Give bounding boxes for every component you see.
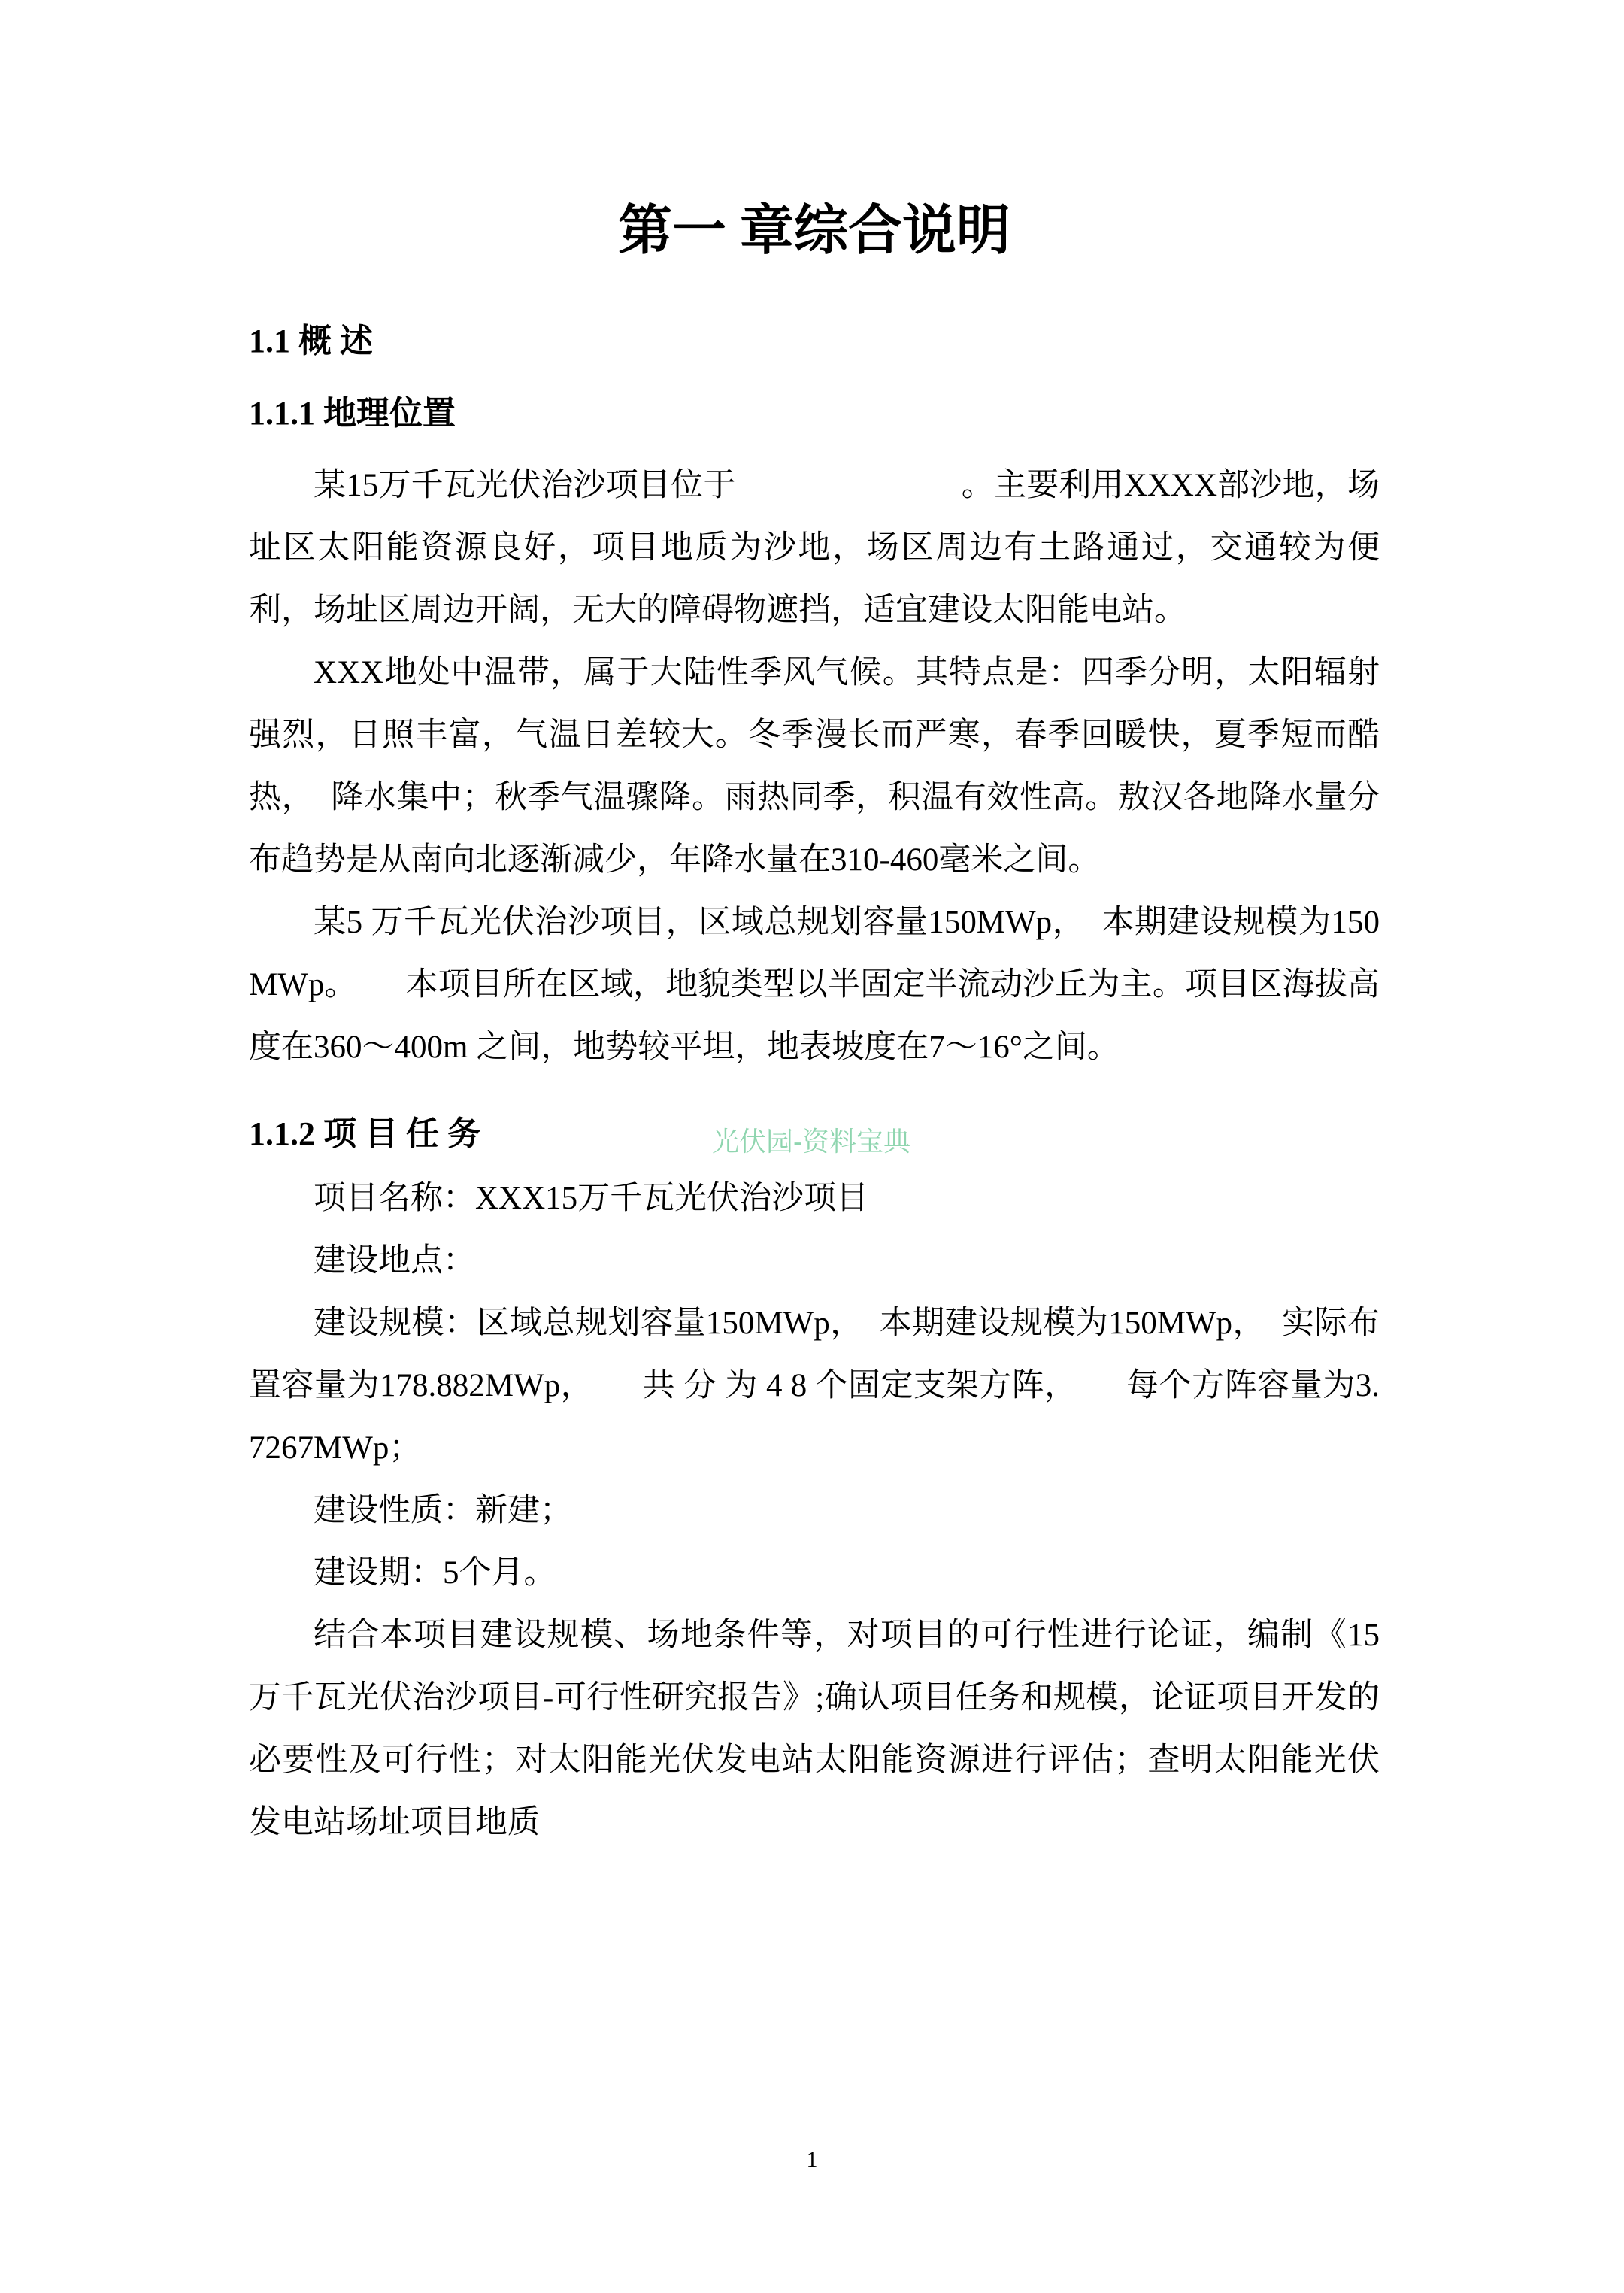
section-heading-1-1: 1.1 概 述 bbox=[249, 319, 1380, 364]
paragraph-project-nature: 建设性质：新建； bbox=[249, 1479, 1380, 1542]
paragraph-project-location: 建设地点： bbox=[249, 1230, 1380, 1292]
paragraph-project-name: 项目名称：XXX15万千瓦光伏治沙项目 bbox=[249, 1167, 1380, 1230]
paragraph-project-scale: 建设规模：区域总规划容量150MWp， 本期建设规模为150MWp， 实际布置容… bbox=[249, 1292, 1380, 1479]
paragraph-location-before-blank: 某15万千瓦光伏治沙项目位于 bbox=[314, 468, 736, 503]
paragraph-feasibility-summary: 结合本项目建设规模、场地条件等，对项目的可行性进行论证，编制《15万千瓦光伏治沙… bbox=[249, 1604, 1380, 1854]
section-heading-1-1-1: 1.1.1 地理位置 bbox=[249, 391, 1380, 436]
chapter-title: 第一 章综合说明 bbox=[249, 0, 1380, 269]
paragraph-terrain: 某5 万千瓦光伏治沙项目，区域总规划容量150MWp， 本期建设规模为150MW… bbox=[249, 891, 1380, 1078]
paragraph-project-period: 建设期：5个月。 bbox=[249, 1542, 1380, 1604]
paragraph-climate: XXX地处中温带，属于大陆性季风气候。其特点是：四季分明，太阳辐射强烈，日照丰富… bbox=[249, 641, 1380, 891]
document-content: 第一 章综合说明 1.1 概 述 1.1.1 地理位置 某15万千瓦光伏治沙项目… bbox=[0, 0, 1624, 1854]
blank-placeholder bbox=[736, 495, 962, 496]
document-page: 第一 章综合说明 1.1 概 述 1.1.1 地理位置 某15万千瓦光伏治沙项目… bbox=[0, 0, 1624, 2293]
section-heading-1-1-2: 1.1.2 项 目 任 务 bbox=[249, 1112, 1380, 1157]
paragraph-location: 某15万千瓦光伏治沙项目位于。主要利用XXXX部沙地，场址区太阳能资源良好，项目… bbox=[249, 454, 1380, 641]
page-number: 1 bbox=[0, 2146, 1624, 2173]
